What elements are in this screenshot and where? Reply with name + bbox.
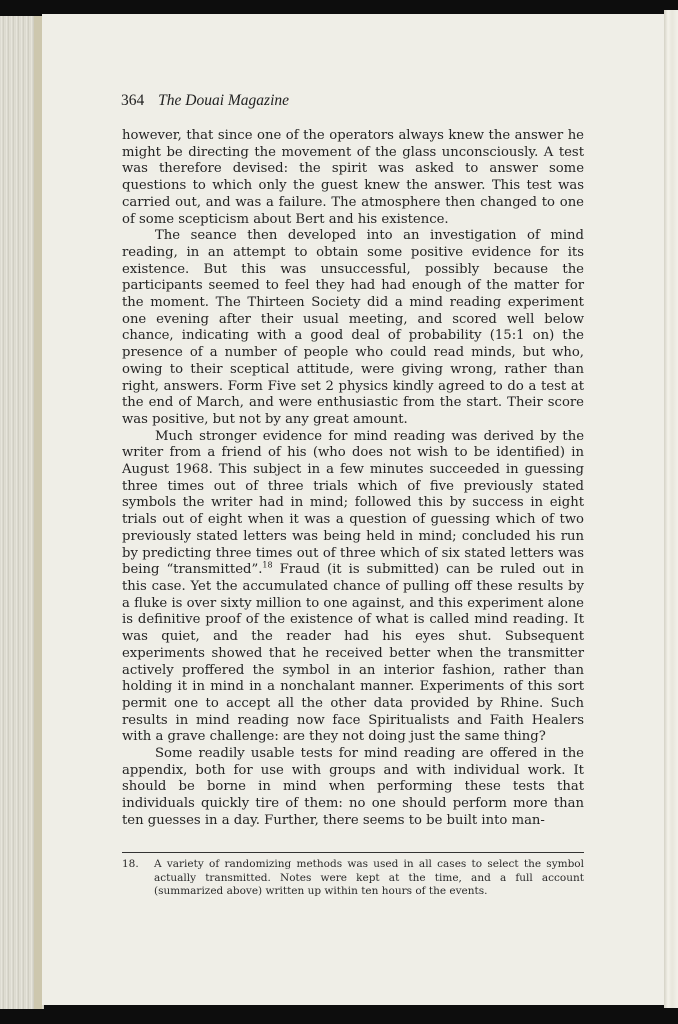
paragraph: Much stronger evidence for mind reading … (122, 429, 584, 746)
body-text: however, that since one of the operators… (122, 128, 584, 830)
footnote: 18. A variety of randomizing methods was… (122, 858, 584, 899)
footnote-divider (122, 852, 584, 853)
paragraph-text: Much stronger evidence for mind reading … (122, 429, 584, 578)
paragraph: The seance then developed into an invest… (122, 228, 584, 428)
page-edge-shadow (34, 16, 42, 1009)
book-gutter (664, 10, 678, 1008)
paragraph: Some readily usable tests for mind readi… (122, 746, 584, 830)
running-title: The Douai Magazine (158, 92, 289, 109)
footnote-text: A variety of randomizing methods was use… (154, 858, 584, 899)
paragraph-text: Fraud (it is submitted) can be ruled out… (122, 562, 584, 744)
paragraph: however, that since one of the operators… (122, 128, 584, 228)
footnote-reference[interactable]: 18 (262, 561, 272, 570)
page-number: 364 (121, 92, 144, 109)
footnote-number: 18. (122, 858, 154, 899)
running-header: 364 The Douai Magazine (121, 92, 289, 110)
